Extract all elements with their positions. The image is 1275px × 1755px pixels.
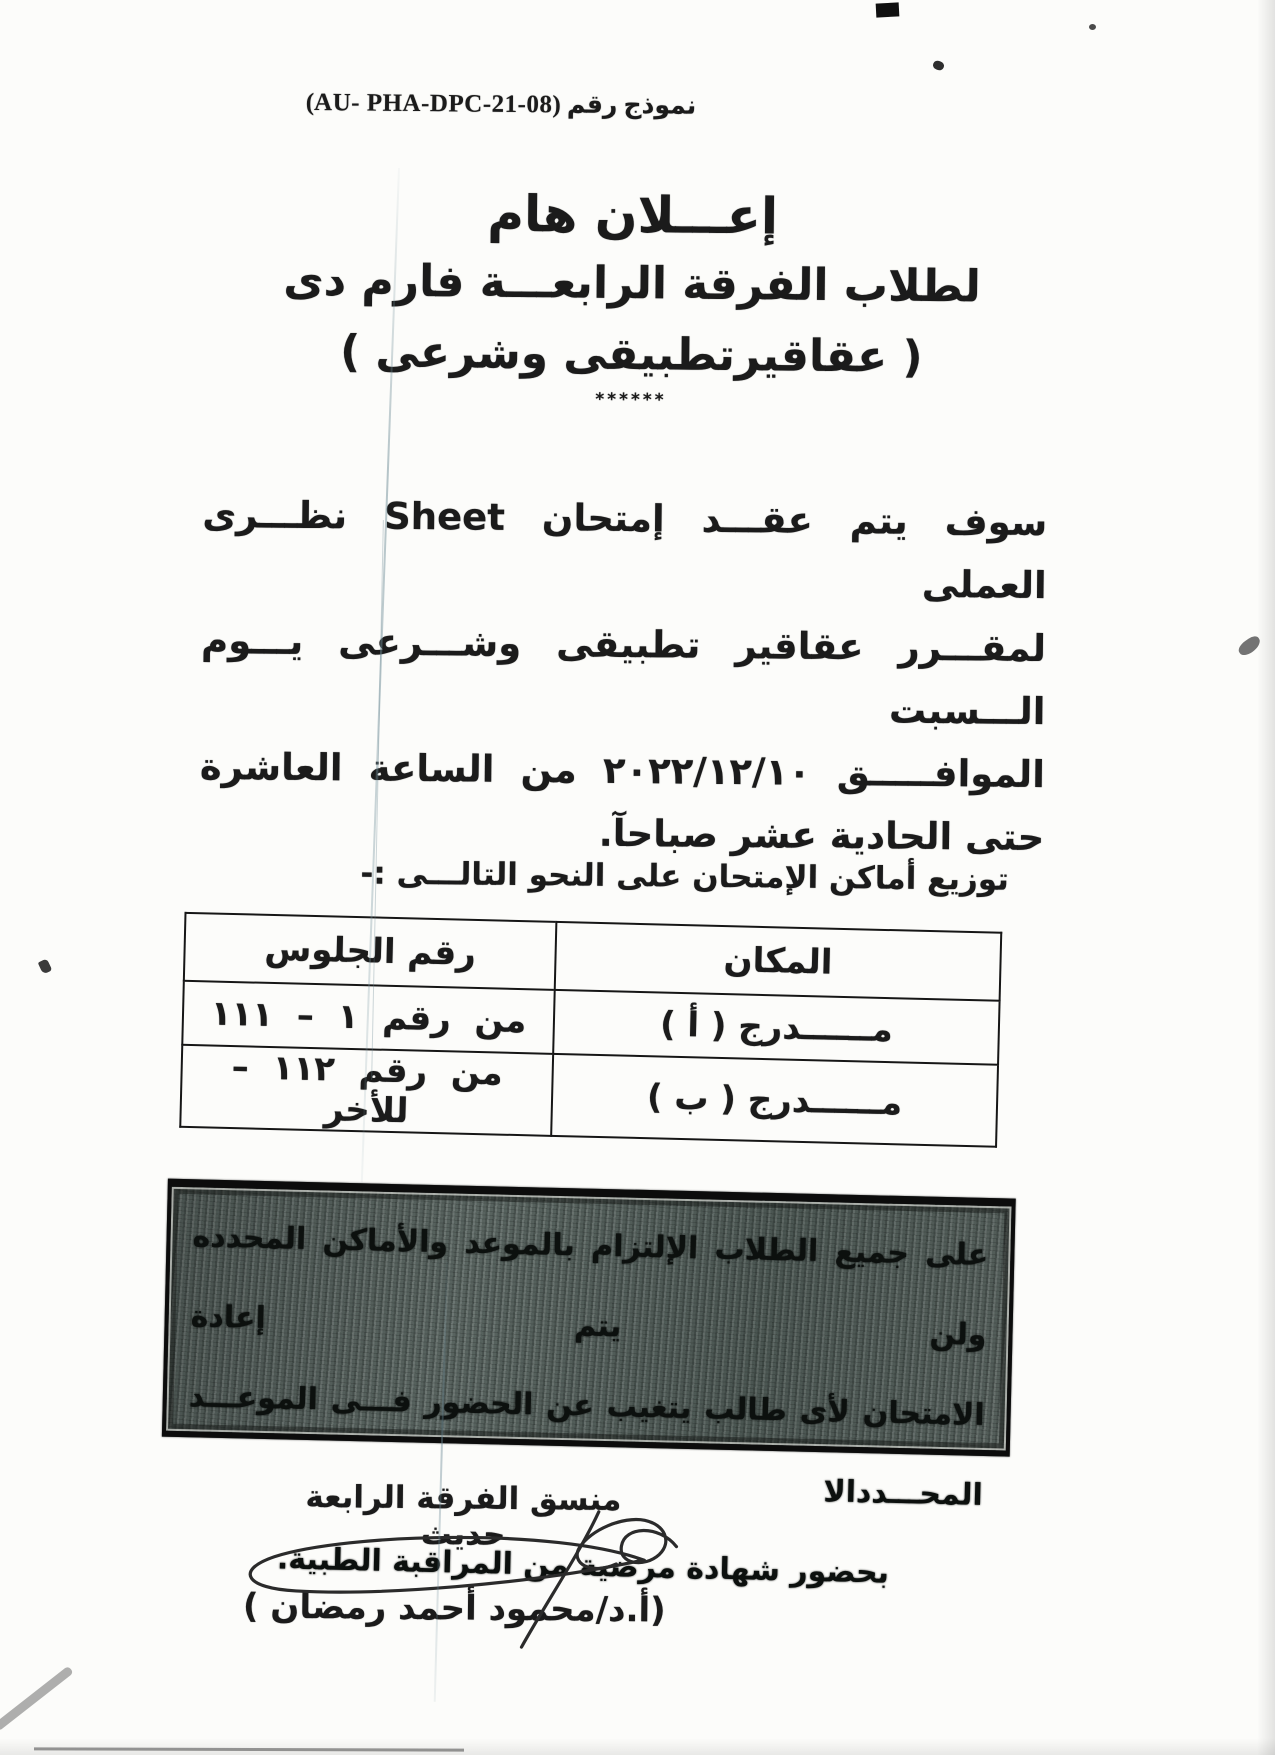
announcement-title: إعـــلان هام bbox=[260, 179, 1006, 252]
place-cell: مــــــدرج ( ب ) bbox=[551, 1054, 998, 1147]
body-paragraph: سوف يتم عقـــد إمتحان Sheet نظـــرى العم… bbox=[199, 483, 1048, 869]
body-line: الموافـــــق ٢٠٢٢/١٢/١٠ من الساعة العاشر… bbox=[200, 735, 1046, 806]
announcement-course: ( عقاقيرتطبيقى وشرعى ) bbox=[259, 317, 1005, 394]
title-block: إعـــلان هام لطلاب الفرقة الرابعـــة فار… bbox=[258, 179, 1005, 414]
header-place: المكان bbox=[555, 922, 1001, 1001]
body-line: سوف يتم عقـــد إمتحان Sheet نظـــرى العم… bbox=[201, 483, 1047, 617]
place-cell: مــــــدرج ( أ ) bbox=[553, 990, 999, 1065]
scan-edge-shadow bbox=[0, 1738, 1275, 1755]
signature-scribble bbox=[223, 1502, 694, 1657]
distribution-heading: توزيع أماكن الإمتحان على النحو التالـــى… bbox=[324, 855, 1009, 898]
exam-places-table: المكان رقم الجلوس مــــــدرج ( أ ) من رق… bbox=[179, 912, 1002, 1148]
page-content: نموذج رقم (AU- PHA-DPC-21-08) إعـــلان ه… bbox=[0, 0, 1275, 1755]
scan-edge-shadow bbox=[1257, 0, 1275, 1755]
announcement-audience: لطلاب الفرقة الرابعـــة فارم دى bbox=[259, 245, 1005, 324]
notice-line: على جميع الطلاب الإلتزام بالموعد والأماك… bbox=[190, 1197, 990, 1376]
scanned-announcement-page: نموذج رقم (AU- PHA-DPC-21-08) إعـــلان ه… bbox=[0, 0, 1275, 1755]
scan-artifact bbox=[1089, 24, 1096, 30]
attendance-notice-box: على جميع الطلاب الإلتزام بالموعد والأماك… bbox=[162, 1179, 1016, 1457]
form-code: نموذج رقم (AU- PHA-DPC-21-08) bbox=[216, 86, 696, 121]
body-line: لمقـــرر عقاقير تطبيقى وشـــرعى يـــوم ا… bbox=[200, 609, 1046, 743]
scan-artifact bbox=[876, 2, 900, 17]
